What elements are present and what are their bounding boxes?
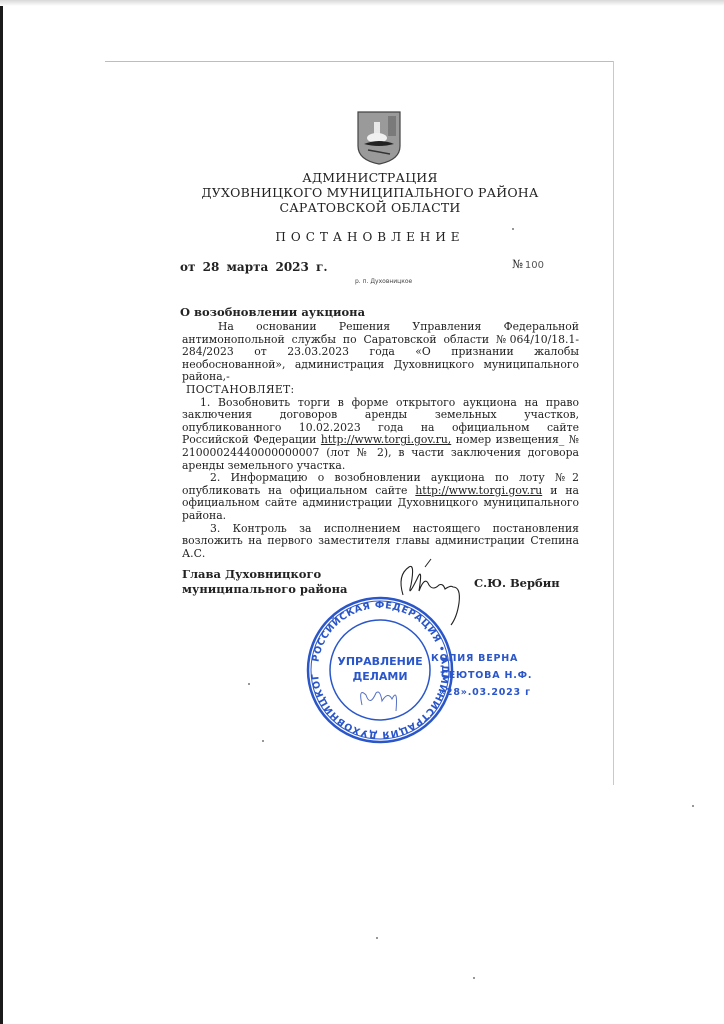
scan-speck: [248, 683, 250, 685]
position-line-1: Глава Духовницкого: [182, 567, 347, 582]
header-line-1: АДМИНИСТРАЦИЯ: [180, 170, 560, 185]
decree-place: р. п. Духовницкое: [355, 278, 412, 285]
document-header: АДМИНИСТРАЦИЯ ДУХОВНИЦКОГО МУНИЦИПАЛЬНОГ…: [180, 170, 560, 215]
decree-body: На основании Решения Управления Федераль…: [182, 321, 579, 560]
decree-subject: О возобновлении аукциона: [180, 305, 365, 319]
scan-speck: [473, 977, 475, 979]
copy-stamp-line-2: СЕЮТОВА Н.Ф.: [441, 667, 532, 684]
svg-text:ДЕЛАМИ: ДЕЛАМИ: [352, 670, 407, 683]
copy-stamp-line-3: «28».03.2023 г: [439, 684, 532, 701]
item-2: 2. Информацию о возобновлении аукциона п…: [182, 472, 579, 522]
fold-line-vertical: [613, 61, 614, 785]
header-line-2: ДУХОВНИЦКОГО МУНИЦИПАЛЬНОГО РАЙОНА: [180, 185, 560, 200]
scan-speck: [692, 805, 694, 807]
scan-border: [0, 0, 3, 1024]
torgi-link-2[interactable]: http://www.torgi.gov.ru: [415, 484, 542, 497]
number-label: №: [512, 257, 523, 271]
item-3: 3. Контроль за исполнением настоящего по…: [182, 523, 579, 561]
signatory-name: С.Ю. Вербин: [474, 576, 560, 590]
scan-speck: [262, 740, 264, 742]
scan-top-shadow: [0, 0, 724, 6]
decree-number: №100: [512, 257, 544, 271]
copy-certification-stamp: КОПИЯ ВЕРНА СЕЮТОВА Н.Ф. «28».03.2023 г: [425, 650, 532, 701]
item-3-text: 3. Контроль за исполнением настоящего по…: [182, 522, 579, 560]
coat-of-arms-icon: [356, 110, 402, 166]
signatory-position: Глава Духовницкого муниципального района: [182, 567, 347, 597]
svg-text:УПРАВЛЕНИЕ: УПРАВЛЕНИЕ: [337, 655, 422, 668]
item-1: 1. Возобновить торги в форме открытого а…: [182, 397, 579, 473]
number-value: 100: [525, 260, 544, 271]
preamble: На основании Решения Управления Федераль…: [182, 321, 579, 384]
header-line-3: САРАТОВСКОЙ ОБЛАСТИ: [180, 200, 560, 215]
torgi-link-1[interactable]: http://www.torgi.gov.ru,: [321, 433, 451, 446]
decree-date: от 28 марта 2023 г.: [180, 260, 328, 274]
copy-stamp-line-1: КОПИЯ ВЕРНА: [431, 650, 532, 667]
decree-title: ПОСТАНОВЛЕНИЕ: [180, 230, 560, 244]
fold-line-horizontal: [105, 61, 613, 62]
scan-speck: [376, 937, 378, 939]
